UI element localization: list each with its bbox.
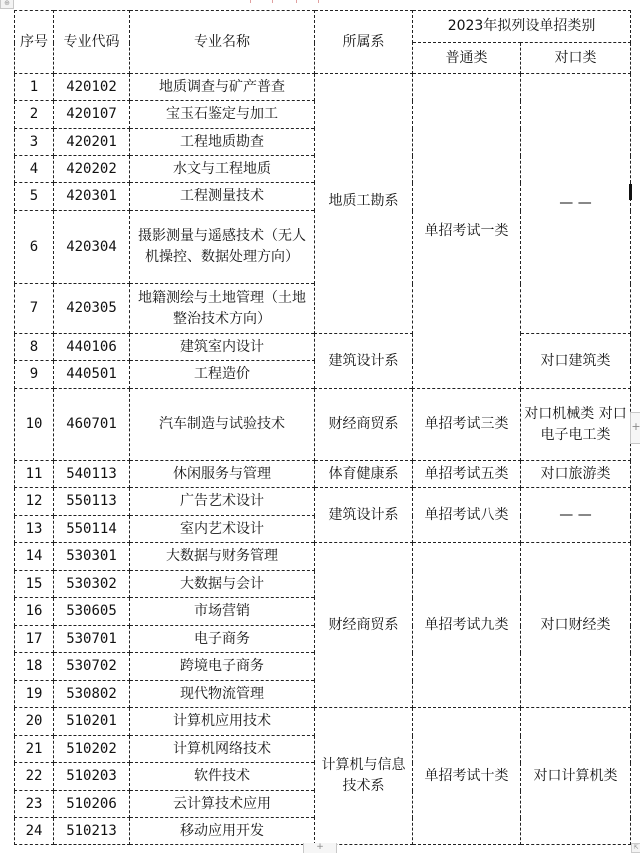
code-cell: 550114 <box>54 516 130 543</box>
major-name-cell: 云计算技术应用 <box>130 791 315 818</box>
table-row: 12 550113 广告艺术设计 建筑设计系 单招考试八类 — — <box>15 488 631 516</box>
code-cell: 420107 <box>54 101 130 129</box>
add-column-button[interactable]: + <box>630 412 640 444</box>
table-row: 20 510201 计算机应用技术 计算机与信息技术系 单招考试十类 对口计算机… <box>15 708 631 736</box>
general-category-cell: 单招考试一类 <box>413 74 521 389</box>
seq-cell: 15 <box>15 571 54 598</box>
seq-cell: 21 <box>15 736 54 763</box>
header-seq: 序号 <box>15 11 54 74</box>
table-row: 10 460701 汽车制造与试验技术 财经商贸系 单招考试三类 对口机械类 对… <box>15 389 631 461</box>
major-name-cell: 工程地质勘查 <box>130 129 315 156</box>
header-general: 普通类 <box>413 43 521 74</box>
major-name-cell: 计算机应用技术 <box>130 708 315 736</box>
general-category-cell: 单招考试十类 <box>413 708 521 845</box>
seq-cell: 9 <box>15 361 54 389</box>
department-cell: 体育健康系 <box>315 461 413 488</box>
seq-cell: 7 <box>15 284 54 334</box>
major-name-cell: 室内艺术设计 <box>130 516 315 543</box>
header-code: 专业代码 <box>54 11 130 74</box>
major-name-cell: 地籍测绘与土地管理（土地整治技术方向） <box>130 284 315 334</box>
seq-cell: 5 <box>15 183 54 211</box>
major-name-cell: 大数据与会计 <box>130 571 315 598</box>
code-cell: 420202 <box>54 156 130 183</box>
major-name-cell: 工程测量技术 <box>130 183 315 211</box>
major-name-cell: 宝玉石鉴定与加工 <box>130 101 315 129</box>
table-row: 8 440106 建筑室内设计 建筑设计系 对口建筑类 <box>15 334 631 361</box>
code-cell: 420102 <box>54 74 130 101</box>
department-cell: 财经商贸系 <box>315 389 413 461</box>
seq-cell: 10 <box>15 389 54 461</box>
table-row: 14 530301 大数据与财务管理 财经商贸系 单招考试九类 对口财经类 <box>15 543 631 571</box>
major-name-cell: 现代物流管理 <box>130 681 315 708</box>
matching-category-cell: 对口机械类 对口电子电工类 <box>521 389 631 461</box>
code-cell: 460701 <box>54 389 130 461</box>
code-cell: 530302 <box>54 571 130 598</box>
seq-cell: 23 <box>15 791 54 818</box>
code-cell: 510206 <box>54 791 130 818</box>
matching-category-cell: — — <box>521 74 631 334</box>
header-name: 专业名称 <box>130 11 315 74</box>
code-cell: 530702 <box>54 653 130 681</box>
code-cell: 530802 <box>54 681 130 708</box>
major-name-cell: 建筑室内设计 <box>130 334 315 361</box>
code-cell: 530701 <box>54 626 130 653</box>
header-row: 序号 专业代码 专业名称 所属系 2023年拟列设单招类别 <box>15 11 631 43</box>
major-name-cell: 移动应用开发 <box>130 818 315 845</box>
department-cell: 建筑设计系 <box>315 488 413 543</box>
general-category-cell: 单招考试九类 <box>413 543 521 708</box>
code-cell: 420301 <box>54 183 130 211</box>
code-cell: 420305 <box>54 284 130 334</box>
seq-cell: 18 <box>15 653 54 681</box>
major-name-cell: 水文与工程地质 <box>130 156 315 183</box>
matching-category-cell: — — <box>521 488 631 543</box>
table-move-handle-icon[interactable]: ⊕ <box>0 0 14 9</box>
header-matching: 对口类 <box>521 43 631 74</box>
code-cell: 510213 <box>54 818 130 845</box>
major-name-cell: 电子商务 <box>130 626 315 653</box>
matching-category-cell: 对口旅游类 <box>521 461 631 488</box>
add-row-button[interactable]: + <box>303 843 337 853</box>
code-cell: 550113 <box>54 488 130 516</box>
header-group-title: 2023年拟列设单招类别 <box>413 11 631 43</box>
seq-cell: 2 <box>15 101 54 129</box>
seq-cell: 14 <box>15 543 54 571</box>
code-cell: 510203 <box>54 763 130 791</box>
major-name-cell: 摄影测量与遥感技术（无人机操控、数据处理方向） <box>130 211 315 284</box>
table-resize-handle-icon[interactable]: ⇱ <box>631 843 640 853</box>
ruler-marks <box>250 0 320 3</box>
code-cell: 420304 <box>54 211 130 284</box>
major-name-cell: 地质调查与矿产普查 <box>130 74 315 101</box>
matching-category-cell: 对口财经类 <box>521 543 631 708</box>
column-resize-marker <box>629 184 632 200</box>
major-name-cell: 跨境电子商务 <box>130 653 315 681</box>
major-name-cell: 广告艺术设计 <box>130 488 315 516</box>
major-name-cell: 休闲服务与管理 <box>130 461 315 488</box>
seq-cell: 20 <box>15 708 54 736</box>
seq-cell: 6 <box>15 211 54 284</box>
general-category-cell: 单招考试三类 <box>413 389 521 461</box>
code-cell: 420201 <box>54 129 130 156</box>
major-name-cell: 计算机网络技术 <box>130 736 315 763</box>
general-category-cell: 单招考试五类 <box>413 461 521 488</box>
major-name-cell: 汽车制造与试验技术 <box>130 389 315 461</box>
seq-cell: 3 <box>15 129 54 156</box>
code-cell: 530605 <box>54 598 130 626</box>
code-cell: 510201 <box>54 708 130 736</box>
seq-cell: 16 <box>15 598 54 626</box>
department-cell: 财经商贸系 <box>315 543 413 708</box>
code-cell: 440501 <box>54 361 130 389</box>
seq-cell: 8 <box>15 334 54 361</box>
table-row: 1 420102 地质调查与矿产普查 地质工勘系 单招考试一类 — — <box>15 74 631 101</box>
seq-cell: 22 <box>15 763 54 791</box>
code-cell: 510202 <box>54 736 130 763</box>
matching-category-cell: 对口建筑类 <box>521 334 631 389</box>
seq-cell: 1 <box>15 74 54 101</box>
seq-cell: 19 <box>15 681 54 708</box>
seq-cell: 24 <box>15 818 54 845</box>
department-cell: 计算机与信息技术系 <box>315 708 413 845</box>
code-cell: 530301 <box>54 543 130 571</box>
matching-category-cell: 对口计算机类 <box>521 708 631 845</box>
seq-cell: 12 <box>15 488 54 516</box>
code-cell: 540113 <box>54 461 130 488</box>
code-cell: 440106 <box>54 334 130 361</box>
department-cell: 地质工勘系 <box>315 74 413 334</box>
seq-cell: 17 <box>15 626 54 653</box>
major-name-cell: 市场营销 <box>130 598 315 626</box>
major-name-cell: 工程造价 <box>130 361 315 389</box>
major-name-cell: 软件技术 <box>130 763 315 791</box>
header-department: 所属系 <box>315 11 413 74</box>
department-cell: 建筑设计系 <box>315 334 413 389</box>
seq-cell: 13 <box>15 516 54 543</box>
enrollment-table: 序号 专业代码 专业名称 所属系 2023年拟列设单招类别 普通类 对口类 1 … <box>14 10 631 845</box>
seq-cell: 11 <box>15 461 54 488</box>
table-row: 11 540113 休闲服务与管理 体育健康系 单招考试五类 对口旅游类 <box>15 461 631 488</box>
major-name-cell: 大数据与财务管理 <box>130 543 315 571</box>
seq-cell: 4 <box>15 156 54 183</box>
general-category-cell: 单招考试八类 <box>413 488 521 543</box>
